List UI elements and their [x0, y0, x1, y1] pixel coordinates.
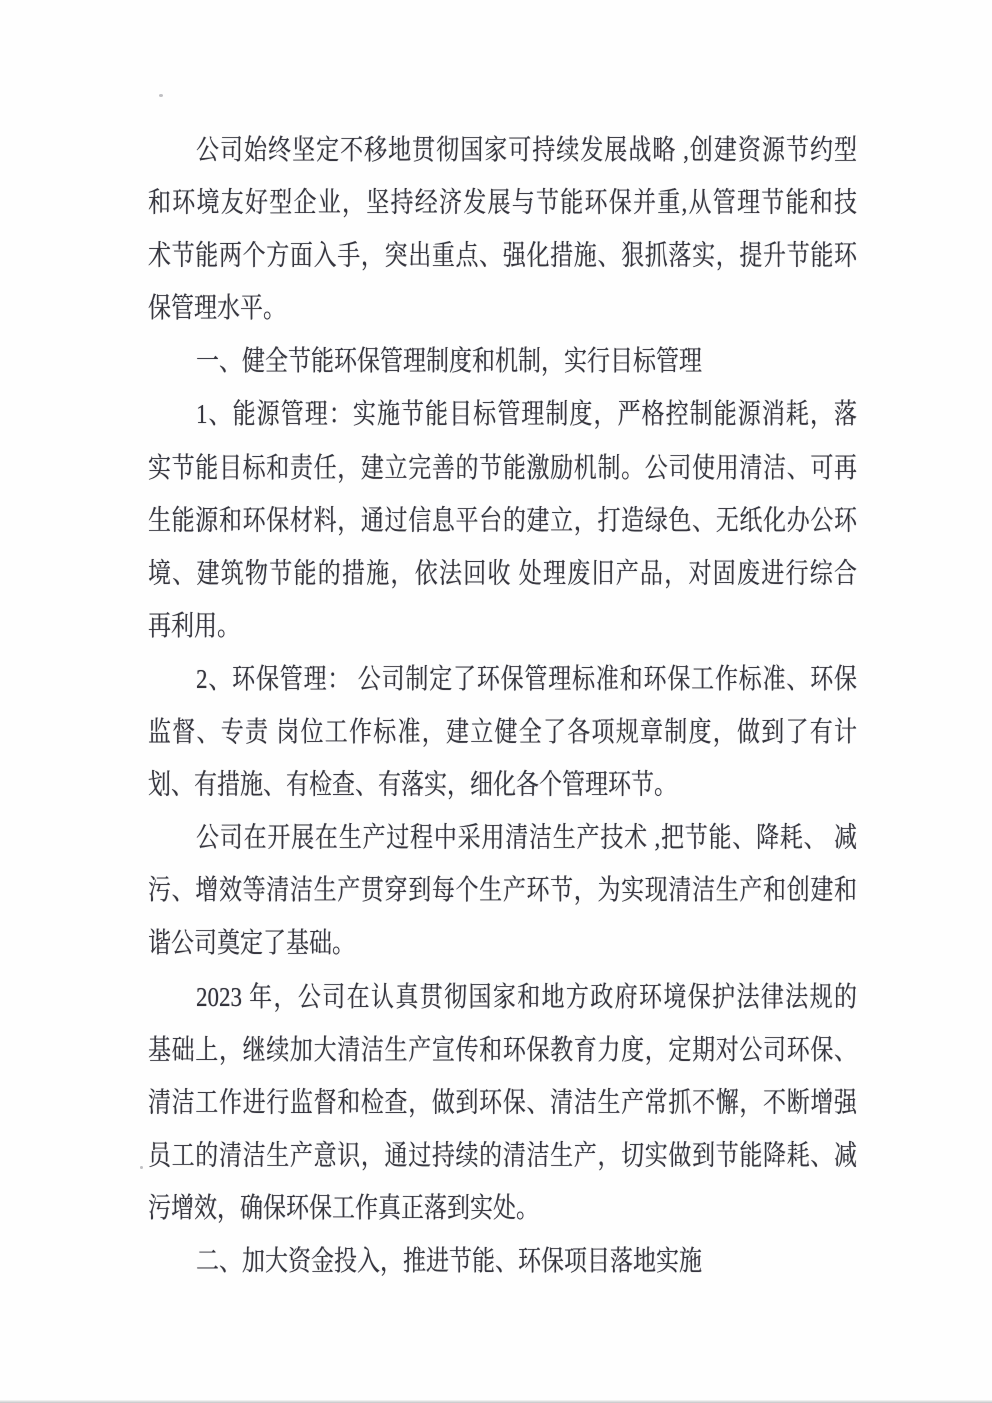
paragraph: 二、加大资金投入，推进节能、环保项目落地实施 — [148, 1235, 857, 1288]
text-line: 再利用。 — [148, 600, 857, 653]
text-line: 谐公司奠定了基础。 — [148, 918, 857, 971]
text-line: 二、加大资金投入，推进节能、环保项目落地实施 — [148, 1235, 857, 1288]
text-line: 境、建筑物节能的措施，依法回收 处理废旧产品，对固废进行综合 — [148, 547, 857, 600]
paragraph: 公司在开展在生产过程中采用清洁生产技术 ,把节能、降耗、 减污、增效等清洁生产贯… — [148, 812, 857, 971]
scan-speck — [140, 1166, 143, 1169]
paragraph: 2023 年，公司在认真贯彻国家和地方政府环境保护法律法规的基础上，继续加大清洁… — [148, 971, 857, 1236]
text-line: 1、能源管理：实施节能目标管理制度，严格控制能源消耗，落 — [148, 389, 857, 442]
text-line: 一、健全节能环保管理制度和机制，实行目标管理 — [148, 336, 857, 389]
text-line: 清洁工作进行监督和检查，做到环保、清洁生产常抓不懈，不断增强 — [148, 1076, 857, 1129]
text-line: 生能源和环保材料，通过信息平台的建立，打造绿色、无纸化办公环 — [148, 494, 857, 547]
text-line: 保管理水平。 — [148, 283, 857, 336]
text-line: 和环境友好型企业，坚持经济发展与节能环保并重,从管理节能和技 — [148, 177, 857, 230]
text-line: 实节能目标和责任，建立完善的节能激励机制。公司使用清洁、可再 — [148, 441, 857, 494]
text-line: 划、有措施、有检查、有落实，细化各个管理环节。 — [148, 759, 857, 812]
paragraph: 2、环保管理： 公司制定了环保管理标准和环保工作标准、环保监督、专责 岗位工作标… — [148, 653, 857, 812]
paragraph: 一、健全节能环保管理制度和机制，实行目标管理 — [148, 336, 857, 389]
text-line: 员工的清洁生产意识，通过持续的清洁生产，切实做到节能降耗、减 — [148, 1129, 857, 1182]
text-line: 公司在开展在生产过程中采用清洁生产技术 ,把节能、降耗、 减 — [148, 812, 857, 865]
text-line: 术节能两个方面入手，突出重点、强化措施、狠抓落实，提升节能环 — [148, 230, 857, 283]
text-line: 污增效，确保环保工作真正落到实处。 — [148, 1182, 857, 1235]
document-page: 公司始终坚定不移地贯彻国家可持续发展战略 ,创建资源节约型和环境友好型企业，坚持… — [0, 0, 992, 1403]
text-block: 公司始终坚定不移地贯彻国家可持续发展战略 ,创建资源节约型和环境友好型企业，坚持… — [148, 124, 857, 1288]
text-line: 监督、专责 岗位工作标准，建立健全了各项规章制度，做到了有计 — [148, 706, 857, 759]
text-line: 2、环保管理： 公司制定了环保管理标准和环保工作标准、环保 — [148, 653, 857, 706]
text-line: 污、增效等清洁生产贯穿到每个生产环节，为实现清洁生产和创建和 — [148, 865, 857, 918]
text-line: 公司始终坚定不移地贯彻国家可持续发展战略 ,创建资源节约型 — [148, 124, 857, 177]
paragraph: 1、能源管理：实施节能目标管理制度，严格控制能源消耗，落实节能目标和责任，建立完… — [148, 389, 857, 654]
paragraph: 公司始终坚定不移地贯彻国家可持续发展战略 ,创建资源节约型和环境友好型企业，坚持… — [148, 124, 857, 336]
text-line: 2023 年，公司在认真贯彻国家和地方政府环境保护法律法规的 — [148, 971, 857, 1024]
scan-speck — [159, 94, 163, 97]
text-line: 基础上，继续加大清洁生产宣传和环保教育力度，定期对公司环保、 — [148, 1024, 857, 1077]
